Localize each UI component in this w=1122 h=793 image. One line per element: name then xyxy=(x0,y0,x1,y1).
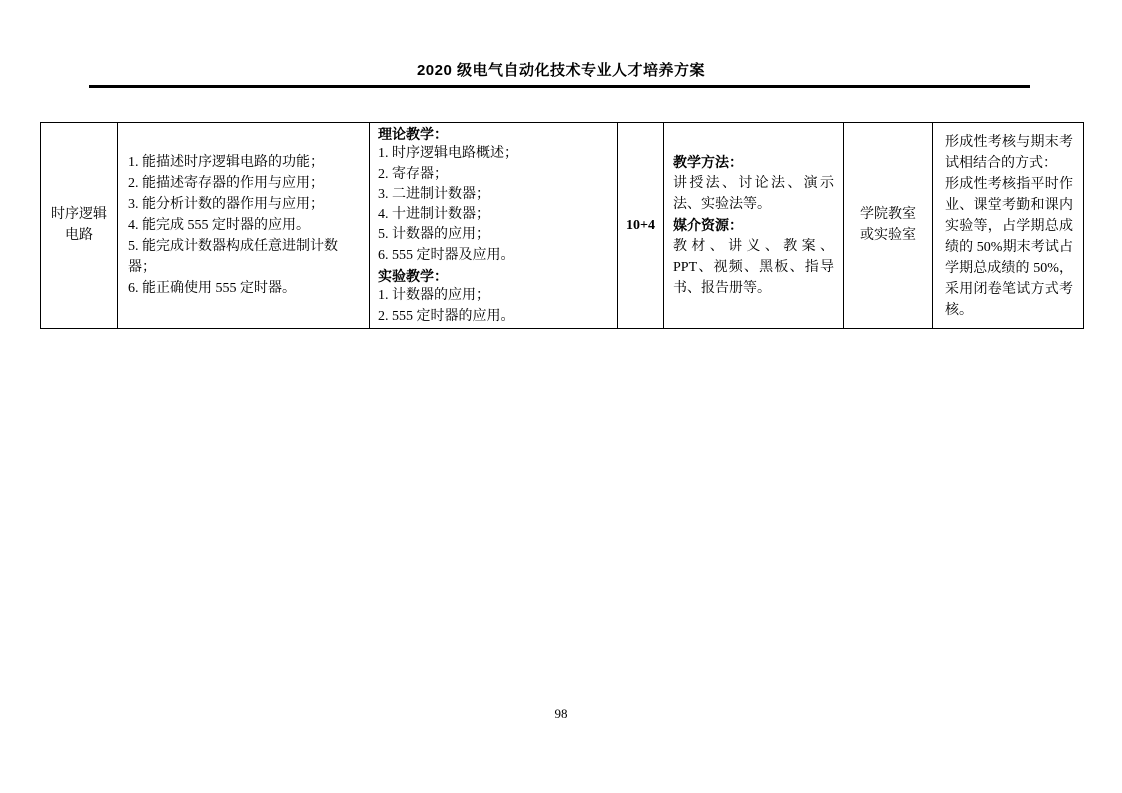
theory-item: 3. 二进制计数器； xyxy=(378,185,611,205)
objective-item: 4. 能完成 555 定时器的应用。 xyxy=(128,215,363,236)
cell-teaching-content: 理论教学： 1. 时序逻辑电路概述； 2. 寄存器； 3. 二进制计数器； 4.… xyxy=(370,123,618,329)
objective-item: 6. 能正确使用 555 定时器。 xyxy=(128,278,363,299)
cell-unit-name: 时序逻辑 电路 xyxy=(41,123,118,329)
cell-methods-and-media: 教学方法： 讲授法、讨论法、演示法、实验法等。 媒介资源： 教材、讲义、教案、P… xyxy=(664,123,844,329)
theory-item: 1. 时序逻辑电路概述； xyxy=(378,144,611,164)
experiment-teaching-heading: 实验教学： xyxy=(378,266,611,286)
assessment-paragraph: 形成性考核指平时作业、课堂考勤和课内实验等，占学期总成绩的 50%期末考试占学期… xyxy=(945,174,1073,321)
teaching-methods-text: 讲授法、讨论法、演示法、实验法等。 xyxy=(673,173,834,215)
cell-learning-objectives: 1. 能描述时序逻辑电路的功能； 2. 能描述寄存器的作用与应用； 3. 能分析… xyxy=(118,123,370,329)
objective-item: 3. 能分析计数的器作用与应用； xyxy=(128,194,363,215)
document-header-title: 2020 级电气自动化技术专业人才培养方案 xyxy=(0,59,1122,80)
theory-item: 4. 十进制计数器； xyxy=(378,205,611,225)
header-double-rule xyxy=(89,85,1030,88)
page-number: 98 xyxy=(0,706,1122,722)
objective-item: 2. 能描述寄存器的作用与应用； xyxy=(128,173,363,194)
objective-item: 1. 能描述时序逻辑电路的功能； xyxy=(128,152,363,173)
media-resources-heading: 媒介资源： xyxy=(673,215,834,236)
media-resources-text: 教材、讲义、教案、PPT、视频、黑板、指导书、报告册等。 xyxy=(673,236,834,299)
theory-teaching-heading: 理论教学： xyxy=(378,124,611,144)
assessment-paragraph: 形成性考核与期末考试相结合的方式： xyxy=(945,132,1073,174)
unit-name-line: 时序逻辑 xyxy=(41,204,117,225)
theory-item: 5. 计数器的应用； xyxy=(378,225,611,245)
cell-assessment-method: 形成性考核与期末考试相结合的方式： 形成性考核指平时作业、课堂考勤和课内实验等，… xyxy=(933,123,1084,329)
experiment-item: 1. 计数器的应用； xyxy=(378,286,611,306)
table-row: 时序逻辑 电路 1. 能描述时序逻辑电路的功能； 2. 能描述寄存器的作用与应用… xyxy=(41,123,1084,329)
venue-line: 或实验室 xyxy=(844,225,932,246)
theory-item: 2. 寄存器； xyxy=(378,165,611,185)
objective-item: 5. 能完成计数器构成任意进制计数器； xyxy=(128,236,363,278)
unit-name-line: 电路 xyxy=(41,225,117,246)
document-page: 2020 级电气自动化技术专业人才培养方案 时序逻辑 电路 1. 能描述时序逻辑… xyxy=(0,0,1122,793)
teaching-methods-heading: 教学方法： xyxy=(673,152,834,173)
experiment-item: 2. 555 定时器的应用。 xyxy=(378,307,611,327)
cell-teaching-venue: 学院教室 或实验室 xyxy=(844,123,933,329)
theory-item: 6. 555 定时器及应用。 xyxy=(378,246,611,266)
course-unit-table: 时序逻辑 电路 1. 能描述时序逻辑电路的功能； 2. 能描述寄存器的作用与应用… xyxy=(40,122,1084,329)
cell-class-hours: 10+4 xyxy=(618,123,664,329)
venue-line: 学院教室 xyxy=(844,204,932,225)
